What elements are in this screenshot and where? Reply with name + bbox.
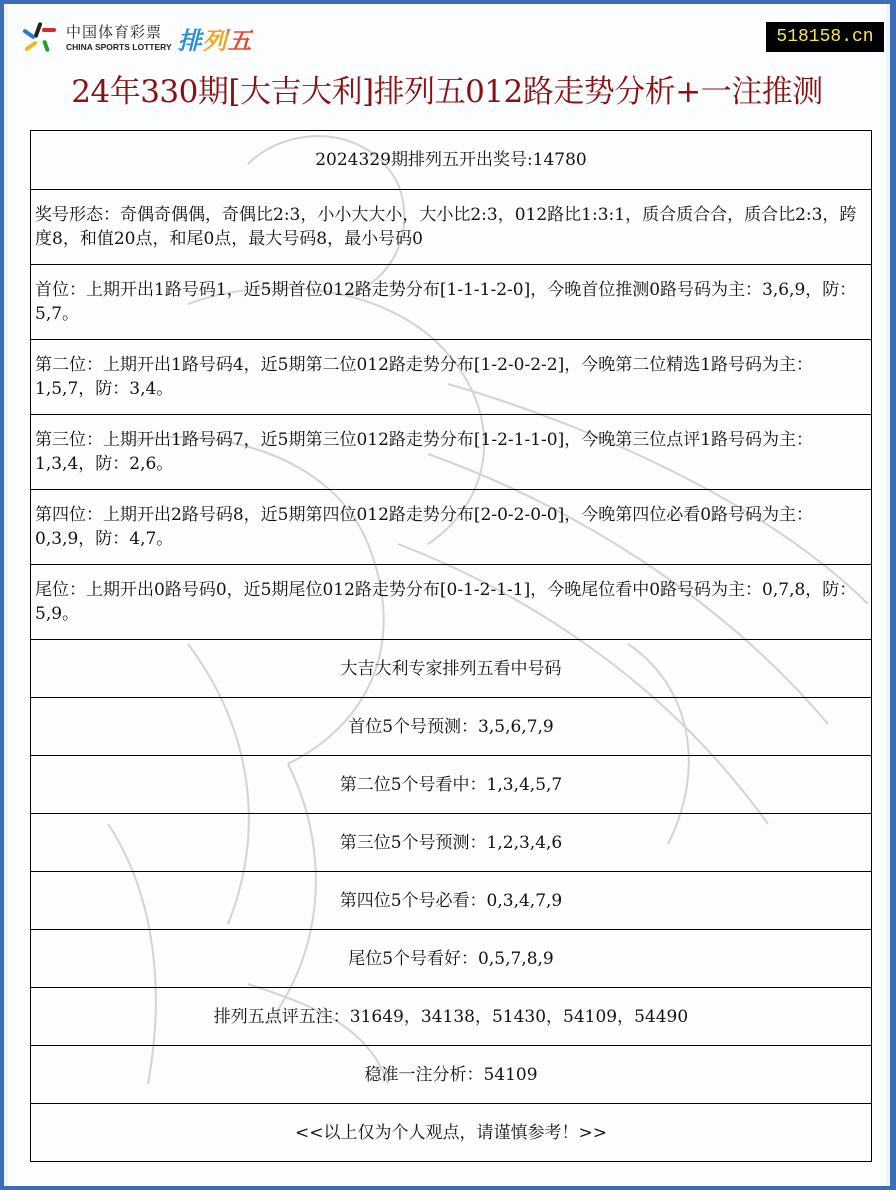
five-picks-4: 第四位5个号必看：0,3,4,7,9 [31,872,872,930]
table-row: 首位5个号预测：3,5,6,7,9 [31,698,872,756]
disclaimer: <<以上仅为个人观点，请谨慎参考！>> [31,1104,872,1162]
position-analysis-1: 首位：上期开出1路号码1，近5期首位012路走势分布[1-1-1-2-0]，今晚… [31,265,872,340]
logo-game-name: 排列五 [178,21,253,56]
table-row: 第二位5个号看中：1,3,4,5,7 [31,756,872,814]
table-row: <<以上仅为个人观点，请谨慎参考！>> [31,1104,872,1162]
five-picks-2: 第二位5个号看中：1,3,4,5,7 [31,756,872,814]
expert-heading: 大吉大利专家排列五看中号码 [31,640,872,698]
table-row: 第三位5个号预测：1,2,3,4,6 [31,814,872,872]
table-row: 第二位：上期开出1路号码4，近5期第二位012路走势分布[1-2-0-2-2]，… [31,340,872,415]
table-row: 2024329期排列五开出奖号:14780 [31,131,872,190]
page-frame: 中国体育彩票 CHINA SPORTS LOTTERY 排列五 518158.c… [4,4,890,1186]
table-row: 第三位：上期开出1路号码7，近5期第三位012路走势分布[1-2-1-1-0]，… [31,415,872,490]
page-title: 24年330期[大吉大利]排列五012路走势分析+一注推测 [8,70,886,114]
table-row: 稳准一注分析：54109 [31,1046,872,1104]
number-pattern: 奖号形态：奇偶奇偶偶，奇偶比2:3，小小大大小，大小比2:3，012路比1:3:… [31,190,872,265]
table-row: 排列五点评五注：31649，34138，51430，54109，54490 [31,988,872,1046]
five-bets: 排列五点评五注：31649，34138，51430，54109，54490 [31,988,872,1046]
five-picks-5: 尾位5个号看好：0,5,7,8,9 [31,930,872,988]
table-row: 首位：上期开出1路号码1，近5期首位012路走势分布[1-1-1-2-0]，今晚… [31,265,872,340]
china-sports-lottery-logo: 中国体育彩票 CHINA SPORTS LOTTERY 排列五 [22,18,253,58]
table-row: 尾位5个号看好：0,5,7,8,9 [31,930,872,988]
position-analysis-2: 第二位：上期开出1路号码4，近5期第二位012路走势分布[1-2-0-2-2]，… [31,340,872,415]
report-table: 2024329期排列五开出奖号:14780 奖号形态：奇偶奇偶偶，奇偶比2:3，… [30,130,872,1162]
table-row: 尾位：上期开出0路号码0，近5期尾位012路走势分布[0-1-2-1-1]，今晚… [31,565,872,640]
site-badge[interactable]: 518158.cn [766,22,884,52]
five-picks-3: 第三位5个号预测：1,2,3,4,6 [31,814,872,872]
table-row: 大吉大利专家排列五看中号码 [31,640,872,698]
single-bet: 稳准一注分析：54109 [31,1046,872,1104]
lottery-star-icon [22,20,58,56]
logo-en-name: CHINA SPORTS LOTTERY [66,43,172,52]
table-row: 第四位5个号必看：0,3,4,7,9 [31,872,872,930]
table-row: 第四位：上期开出2路号码8，近5期第四位012路走势分布[2-0-2-0-0]，… [31,490,872,565]
position-analysis-4: 第四位：上期开出2路号码8，近5期第四位012路走势分布[2-0-2-0-0]，… [31,490,872,565]
position-analysis-5: 尾位：上期开出0路号码0，近5期尾位012路走势分布[0-1-2-1-1]，今晚… [31,565,872,640]
draw-result: 2024329期排列五开出奖号:14780 [31,131,872,190]
logo-cn-name: 中国体育彩票 [66,25,172,40]
table-row: 奖号形态：奇偶奇偶偶，奇偶比2:3，小小大大小，大小比2:3，012路比1:3:… [31,190,872,265]
position-analysis-3: 第三位：上期开出1路号码7，近5期第三位012路走势分布[1-2-1-1-0]，… [31,415,872,490]
five-picks-1: 首位5个号预测：3,5,6,7,9 [31,698,872,756]
